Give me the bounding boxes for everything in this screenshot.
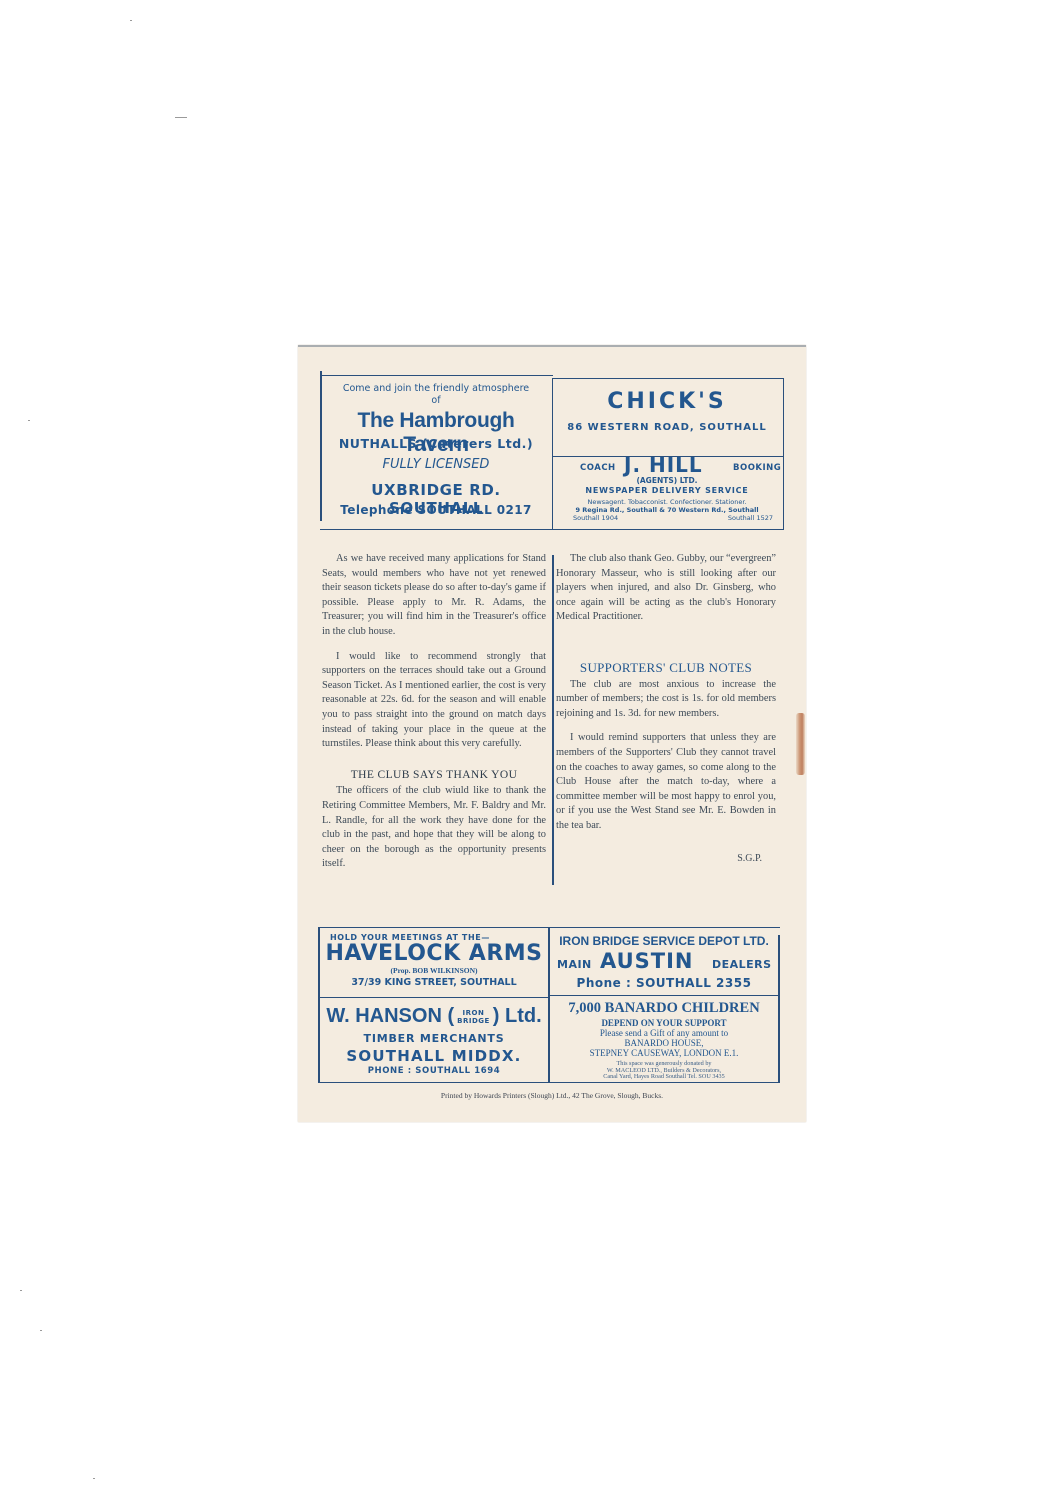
banardo-line: STEPNEY CAUSEWAY, LONDON E.1. [550, 1048, 778, 1058]
hanson-suffix: ) Ltd. [493, 1005, 542, 1028]
paper-stain [796, 713, 805, 775]
iron-text: IRON [457, 1009, 490, 1017]
jhill-service: NEWSPAPER DELIVERY SERVICE [554, 486, 780, 495]
hanson-name: W. HANSON ( IRON BRIDGE ) Ltd. [320, 1005, 548, 1028]
tavern-operator: NUTHALLS (Caterers Ltd.) [322, 436, 550, 451]
ad-bottom-rule [320, 529, 782, 530]
paragraph: The club are most anxious to increase th… [556, 678, 776, 722]
jhill-name: J. HILL [624, 453, 703, 477]
havelock-address: 37/39 KING STREET, SOUTHALL [320, 977, 548, 988]
jhill-addresses: 9 Regina Rd., Southall & 70 Western Rd.,… [554, 506, 780, 514]
intro-line: of [322, 395, 550, 407]
paragraph: As we have received many applications fo… [322, 552, 546, 640]
scan-speck [93, 1478, 95, 1479]
scan-speck [40, 1330, 42, 1331]
austin-company: IRON BRIDGE SERVICE DEPOT LTD. [550, 934, 778, 948]
bottom-ads: HOLD YOUR MEETINGS AT THE— HAVELOCK ARMS… [318, 927, 780, 1084]
tavern-licence: FULLY LICENSED [322, 457, 550, 472]
paragraph: The officers of the club wiuld like to t… [322, 784, 546, 872]
phone-number: Southall 1527 [728, 514, 773, 522]
chicks-name: CHICK'S [554, 389, 780, 414]
banardo-address-block: Please send a Gift of any amount to BANA… [550, 1028, 778, 1058]
hanson-trade: TIMBER MERCHANTS [320, 1032, 548, 1045]
banardo-line: BANARDO HOUSE, [550, 1038, 778, 1048]
scan-speck [130, 20, 132, 21]
programme-page: Come and join the friendly atmosphere of… [298, 345, 806, 1122]
banardo-donor: This space was generously donated by W. … [550, 1061, 778, 1081]
section-heading: THE CLUB SAYS THANK YOU [322, 768, 546, 783]
iron-bridge-stack: IRON BRIDGE [457, 1009, 490, 1025]
chicks-address: 86 WESTERN ROAD, SOUTHALL [554, 422, 780, 433]
phone-number: Southall 1904 [573, 514, 618, 522]
scan-speck [20, 1290, 22, 1291]
donor-line: Canal Yard, Hayes Road Southall Tel. SOU… [550, 1074, 778, 1081]
austin-row: MAIN AUSTIN DEALERS [550, 949, 778, 975]
column-divider [552, 555, 554, 885]
austin-brand: AUSTIN [600, 949, 694, 973]
banardo-headline: 7,000 BANARDO CHILDREN [550, 1000, 778, 1017]
austin-phone: Phone : SOUTHALL 2355 [550, 976, 778, 990]
paragraph: The club also thank Geo. Gubby, our “eve… [556, 552, 776, 625]
coach-label: COACH [580, 463, 616, 473]
havelock-proprietor: (Prop. BOB WILKINSON) [320, 966, 548, 975]
main-label: MAIN [557, 958, 592, 971]
left-column: As we have received many applications fo… [322, 552, 546, 882]
dealers-label: DEALERS [712, 958, 772, 971]
hanson-name-text: W. HANSON ( [326, 1005, 454, 1028]
hanson-location: SOUTHALL MIDDX. [320, 1047, 548, 1065]
scan-speck [28, 420, 30, 421]
section-heading: SUPPORTERS' CLUB NOTES [556, 661, 776, 676]
signature: S.G.P. [556, 852, 762, 867]
scan-speck [175, 117, 187, 118]
right-column: The club also thank Geo. Gubby, our “eve… [556, 552, 776, 866]
hanson-phone: PHONE : SOUTHALL 1694 [320, 1066, 548, 1076]
jhill-trades: Newsagent. Tobacconist. Confectioner. St… [554, 498, 780, 506]
paragraph: I would remind supporters that unless th… [556, 731, 776, 833]
booking-label: BOOKING [733, 463, 781, 473]
havelock-name: HAVELOCK ARMS [320, 941, 548, 966]
jhill-agents: (AGENTS) LTD. [554, 476, 780, 485]
jhill-phones: Southall 1904 Southall 1527 [573, 514, 773, 522]
ad-intro: Come and join the friendly atmosphere of [322, 383, 550, 407]
jhill-row: COACH J. HILL BOOKING [554, 455, 780, 477]
intro-line: Come and join the friendly atmosphere [322, 383, 550, 395]
tavern-telephone: Telephone SOUTHALL 0217 [322, 503, 550, 517]
bridge-text: BRIDGE [457, 1017, 490, 1025]
printer-imprint: Printed by Howards Printers (Slough) Ltd… [298, 1091, 806, 1100]
banardo-line: DEPEND ON YOUR SUPPORT [550, 1018, 778, 1028]
banardo-line: Please send a Gift of any amount to [550, 1028, 778, 1038]
paragraph: I would like to recommend strongly that … [322, 650, 546, 752]
